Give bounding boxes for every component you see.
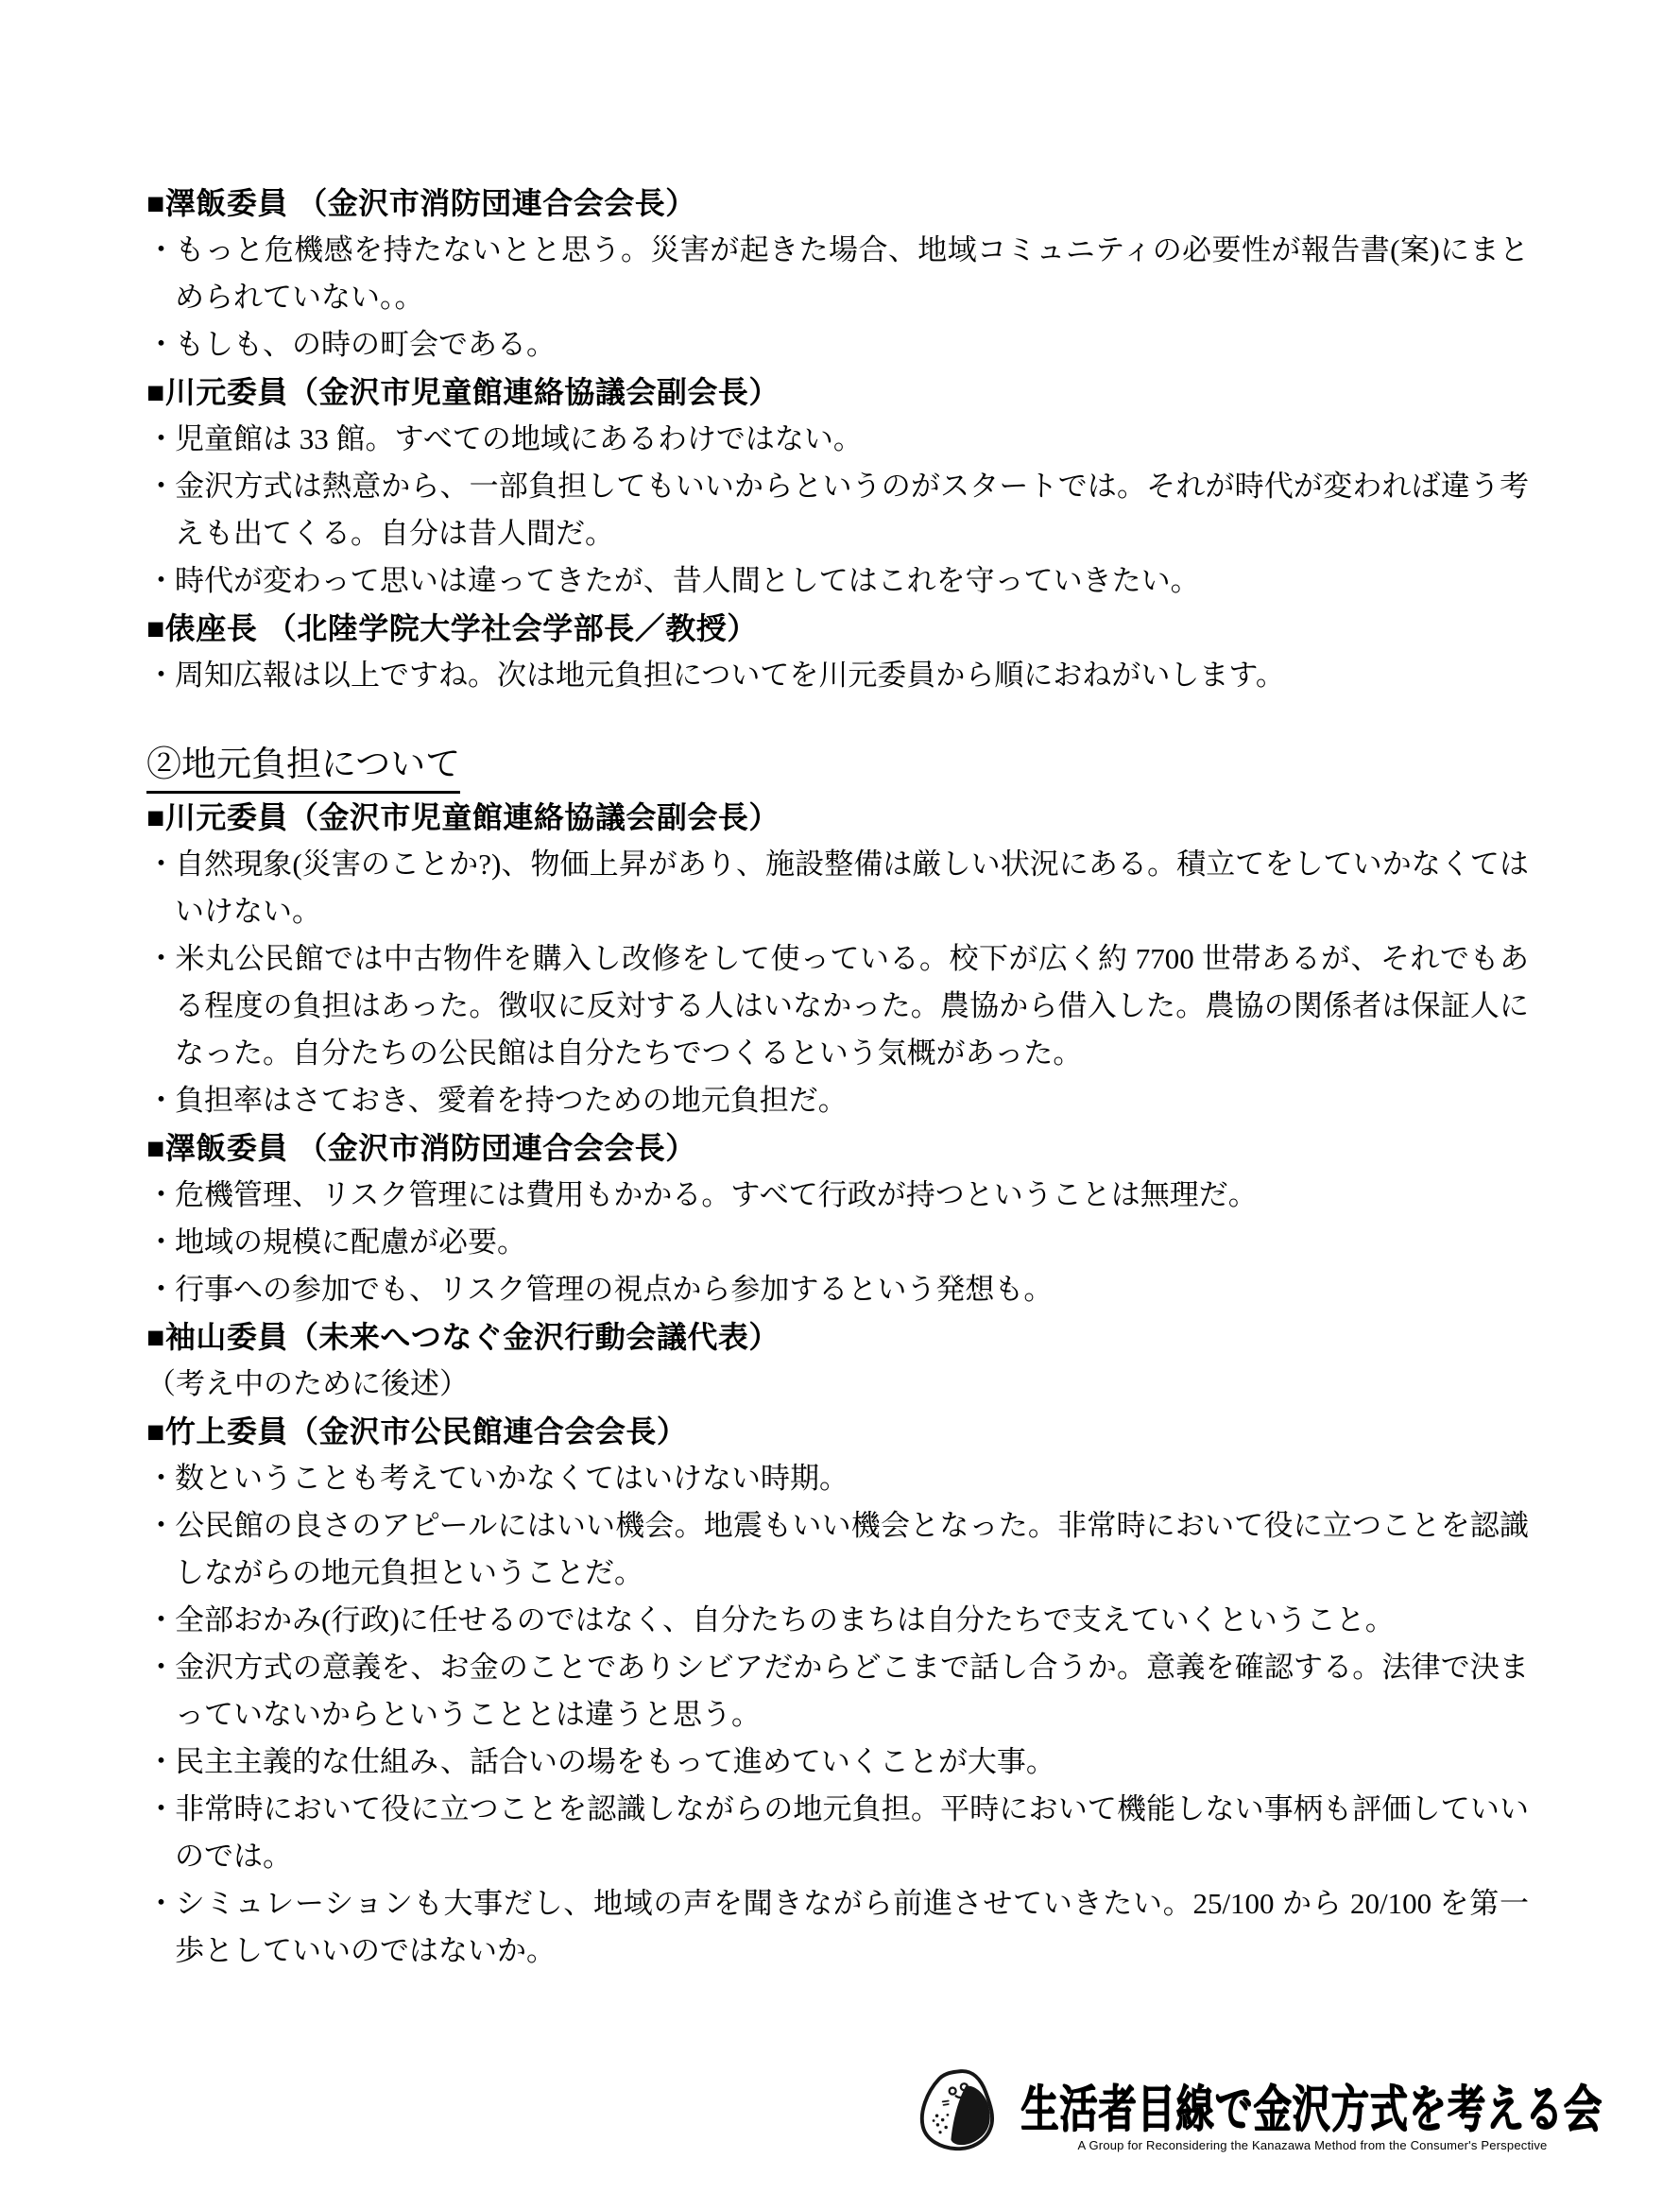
section-heading-text: ②地元負担について	[146, 742, 460, 794]
bullet-item: ・危機管理、リスク管理には費用もかかる。すべて行政が持つということは無理だ。	[146, 1172, 1529, 1219]
bullet-text: 数ということも考えていかなくてはいけない時期。	[175, 1462, 849, 1495]
bullet-text: 公民館の良さのアピールにはいい機会。地震もいい機会となった。非常時において役に立…	[175, 1509, 1529, 1589]
bullet-marker: ・	[146, 935, 175, 983]
bullet-marker: ・	[146, 557, 175, 605]
bullet-text: 非常時において役に立つことを認識しながらの地元負担。平時において機能しない事柄も…	[175, 1792, 1529, 1873]
bullet-item: ・米丸公民館では中古物件を購入し改修をして使っている。校下が広く約 7700 世…	[146, 935, 1529, 1077]
bullet-text: 児童館は 33 館。すべての地域にあるわけではない。	[175, 422, 863, 455]
bullet-text: 地域の規模に配慮が必要。	[175, 1225, 526, 1259]
bullet-item: ・数ということも考えていかなくてはいけない時期。	[146, 1455, 1529, 1502]
bullet-marker: ・	[146, 1266, 175, 1313]
bullet-item: ・負担率はさておき、愛着を持つための地元負担だ。	[146, 1077, 1529, 1124]
logo-text-block: 生活者目線で金沢方式を考える会 A Group for Reconsiderin…	[1020, 2067, 1604, 2153]
document-body: ■澤飯委員 （金沢市消防団連合会会長）・もっと危機感を持たないとと思う。災害が起…	[0, 0, 1680, 1975]
bullet-text: もっと危機感を持たないとと思う。災害が起きた場合、地域コミュニティの必要性が報告…	[175, 233, 1529, 314]
bullet-item: ・非常時において役に立つことを認識しながらの地元負担。平時において機能しない事柄…	[146, 1786, 1529, 1880]
document-page: ■澤飯委員 （金沢市消防団連合会会長）・もっと危機感を持たないとと思う。災害が起…	[0, 0, 1680, 2210]
bullet-item: ・もっと危機感を持たないとと思う。災害が起きた場合、地域コミュニティの必要性が報…	[146, 227, 1529, 321]
bullet-item: ・金沢方式の意義を、お金のことでありシビアだからどこまで話し合うか。意義を確認す…	[146, 1644, 1529, 1739]
onigiri-mascot-icon	[915, 2067, 1005, 2154]
bullet-marker: ・	[146, 416, 175, 463]
footer-logo: 生活者目線で金沢方式を考える会 A Group for Reconsiderin…	[915, 2067, 1604, 2154]
bullet-text: 金沢方式は熱意から、一部負担してもいいからというのがスタートでは。それが時代が変…	[175, 470, 1529, 550]
speaker-heading: ■袖山委員（未来へつなぐ金沢行動会議代表）	[146, 1313, 1529, 1361]
bullet-marker: ・	[146, 1880, 175, 1927]
speaker-heading: ■川元委員（金沢市児童館連絡協議会副会長）	[146, 794, 1529, 841]
logo-tagline: A Group for Reconsidering the Kanazawa M…	[1020, 2138, 1604, 2153]
bullet-marker: ・	[146, 1455, 175, 1502]
bullet-text: 自然現象(災害のことか?)、物価上昇があり、施設整備は厳しい状況にある。積立てを…	[175, 848, 1529, 928]
bullet-item: ・全部おかみ(行政)に任せるのではなく、自分たちのまちは自分たちで支えていくとい…	[146, 1597, 1529, 1644]
bullet-item: ・もしも、の時の町会である。	[146, 321, 1529, 368]
bullet-marker: ・	[146, 1597, 175, 1644]
speaker-heading: ■澤飯委員 （金沢市消防団連合会会長）	[146, 180, 1529, 227]
bullet-text: 全部おかみ(行政)に任せるのではなく、自分たちのまちは自分たちで支えていくという…	[175, 1603, 1395, 1636]
bullet-text: 負担率はさておき、愛着を持つための地元負担だ。	[175, 1084, 848, 1117]
bullet-item: ・周知広報は以上ですね。次は地元負担についてを川元委員から順におねがいします。	[146, 652, 1529, 699]
bullet-marker: ・	[146, 841, 175, 888]
bullet-item: ・自然現象(災害のことか?)、物価上昇があり、施設整備は厳しい状況にある。積立て…	[146, 841, 1529, 935]
bullet-item: ・シミュレーションも大事だし、地域の声を聞きながら前進させていきたい。25/10…	[146, 1880, 1529, 1975]
bullet-text: 米丸公民館では中古物件を購入し改修をして使っている。校下が広く約 7700 世帯…	[175, 942, 1529, 1070]
bullet-item: ・地域の規模に配慮が必要。	[146, 1219, 1529, 1266]
bullet-item: ・民主主義的な仕組み、話合いの場をもって進めていくことが大事。	[146, 1739, 1529, 1786]
speaker-heading: ■竹上委員（金沢市公民館連合会会長）	[146, 1408, 1529, 1455]
logo-title: 生活者目線で金沢方式を考える会	[1020, 2081, 1603, 2137]
bullet-item: ・公民館の良さのアピールにはいい機会。地震もいい機会となった。非常時において役に…	[146, 1502, 1529, 1597]
bullet-marker: ・	[146, 1219, 175, 1266]
speaker-heading: ■川元委員（金沢市児童館連絡協議会副会長）	[146, 368, 1529, 416]
speaker-heading: ■俵座長 （北陸学院大学社会学部長／教授）	[146, 605, 1529, 652]
bullet-marker: ・	[146, 321, 175, 368]
bullet-marker: ・	[146, 1172, 175, 1219]
bullet-text: もしも、の時の町会である。	[175, 328, 556, 361]
speaker-heading: ■澤飯委員 （金沢市消防団連合会会長）	[146, 1124, 1529, 1172]
bullet-marker: ・	[146, 463, 175, 510]
bullet-item: ・児童館は 33 館。すべての地域にあるわけではない。	[146, 416, 1529, 463]
bullet-item: ・行事への参加でも、リスク管理の視点から参加するという発想も。	[146, 1266, 1529, 1313]
bullet-marker: ・	[146, 652, 175, 699]
bullet-marker: ・	[146, 1077, 175, 1124]
note-line: （考え中のために後述）	[146, 1361, 1529, 1408]
bullet-text: 周知広報は以上ですね。次は地元負担についてを川元委員から順におねがいします。	[175, 659, 1285, 692]
section-heading: ②地元負担について	[146, 742, 1529, 794]
bullet-marker: ・	[146, 1739, 175, 1786]
bullet-text: 行事への参加でも、リスク管理の視点から参加するという発想も。	[175, 1273, 1053, 1306]
bullet-marker: ・	[146, 1644, 175, 1691]
bullet-item: ・金沢方式は熱意から、一部負担してもいいからというのがスタートでは。それが時代が…	[146, 463, 1529, 557]
bullet-text: シミュレーションも大事だし、地域の声を聞きながら前進させていきたい。25/100…	[175, 1887, 1529, 1967]
bullet-text: 金沢方式の意義を、お金のことでありシビアだからどこまで話し合うか。意義を確認する…	[175, 1651, 1529, 1731]
bullet-marker: ・	[146, 1502, 175, 1550]
bullet-text: 時代が変わって思いは違ってきたが、昔人間としてはこれを守っていきたい。	[175, 564, 1200, 597]
bullet-marker: ・	[146, 1786, 175, 1833]
bullet-text: 危機管理、リスク管理には費用もかかる。すべて行政が持つということは無理だ。	[175, 1178, 1258, 1211]
bullet-text: 民主主義的な仕組み、話合いの場をもって進めていくことが大事。	[175, 1745, 1055, 1778]
bullet-marker: ・	[146, 227, 175, 274]
bullet-item: ・時代が変わって思いは違ってきたが、昔人間としてはこれを守っていきたい。	[146, 557, 1529, 605]
